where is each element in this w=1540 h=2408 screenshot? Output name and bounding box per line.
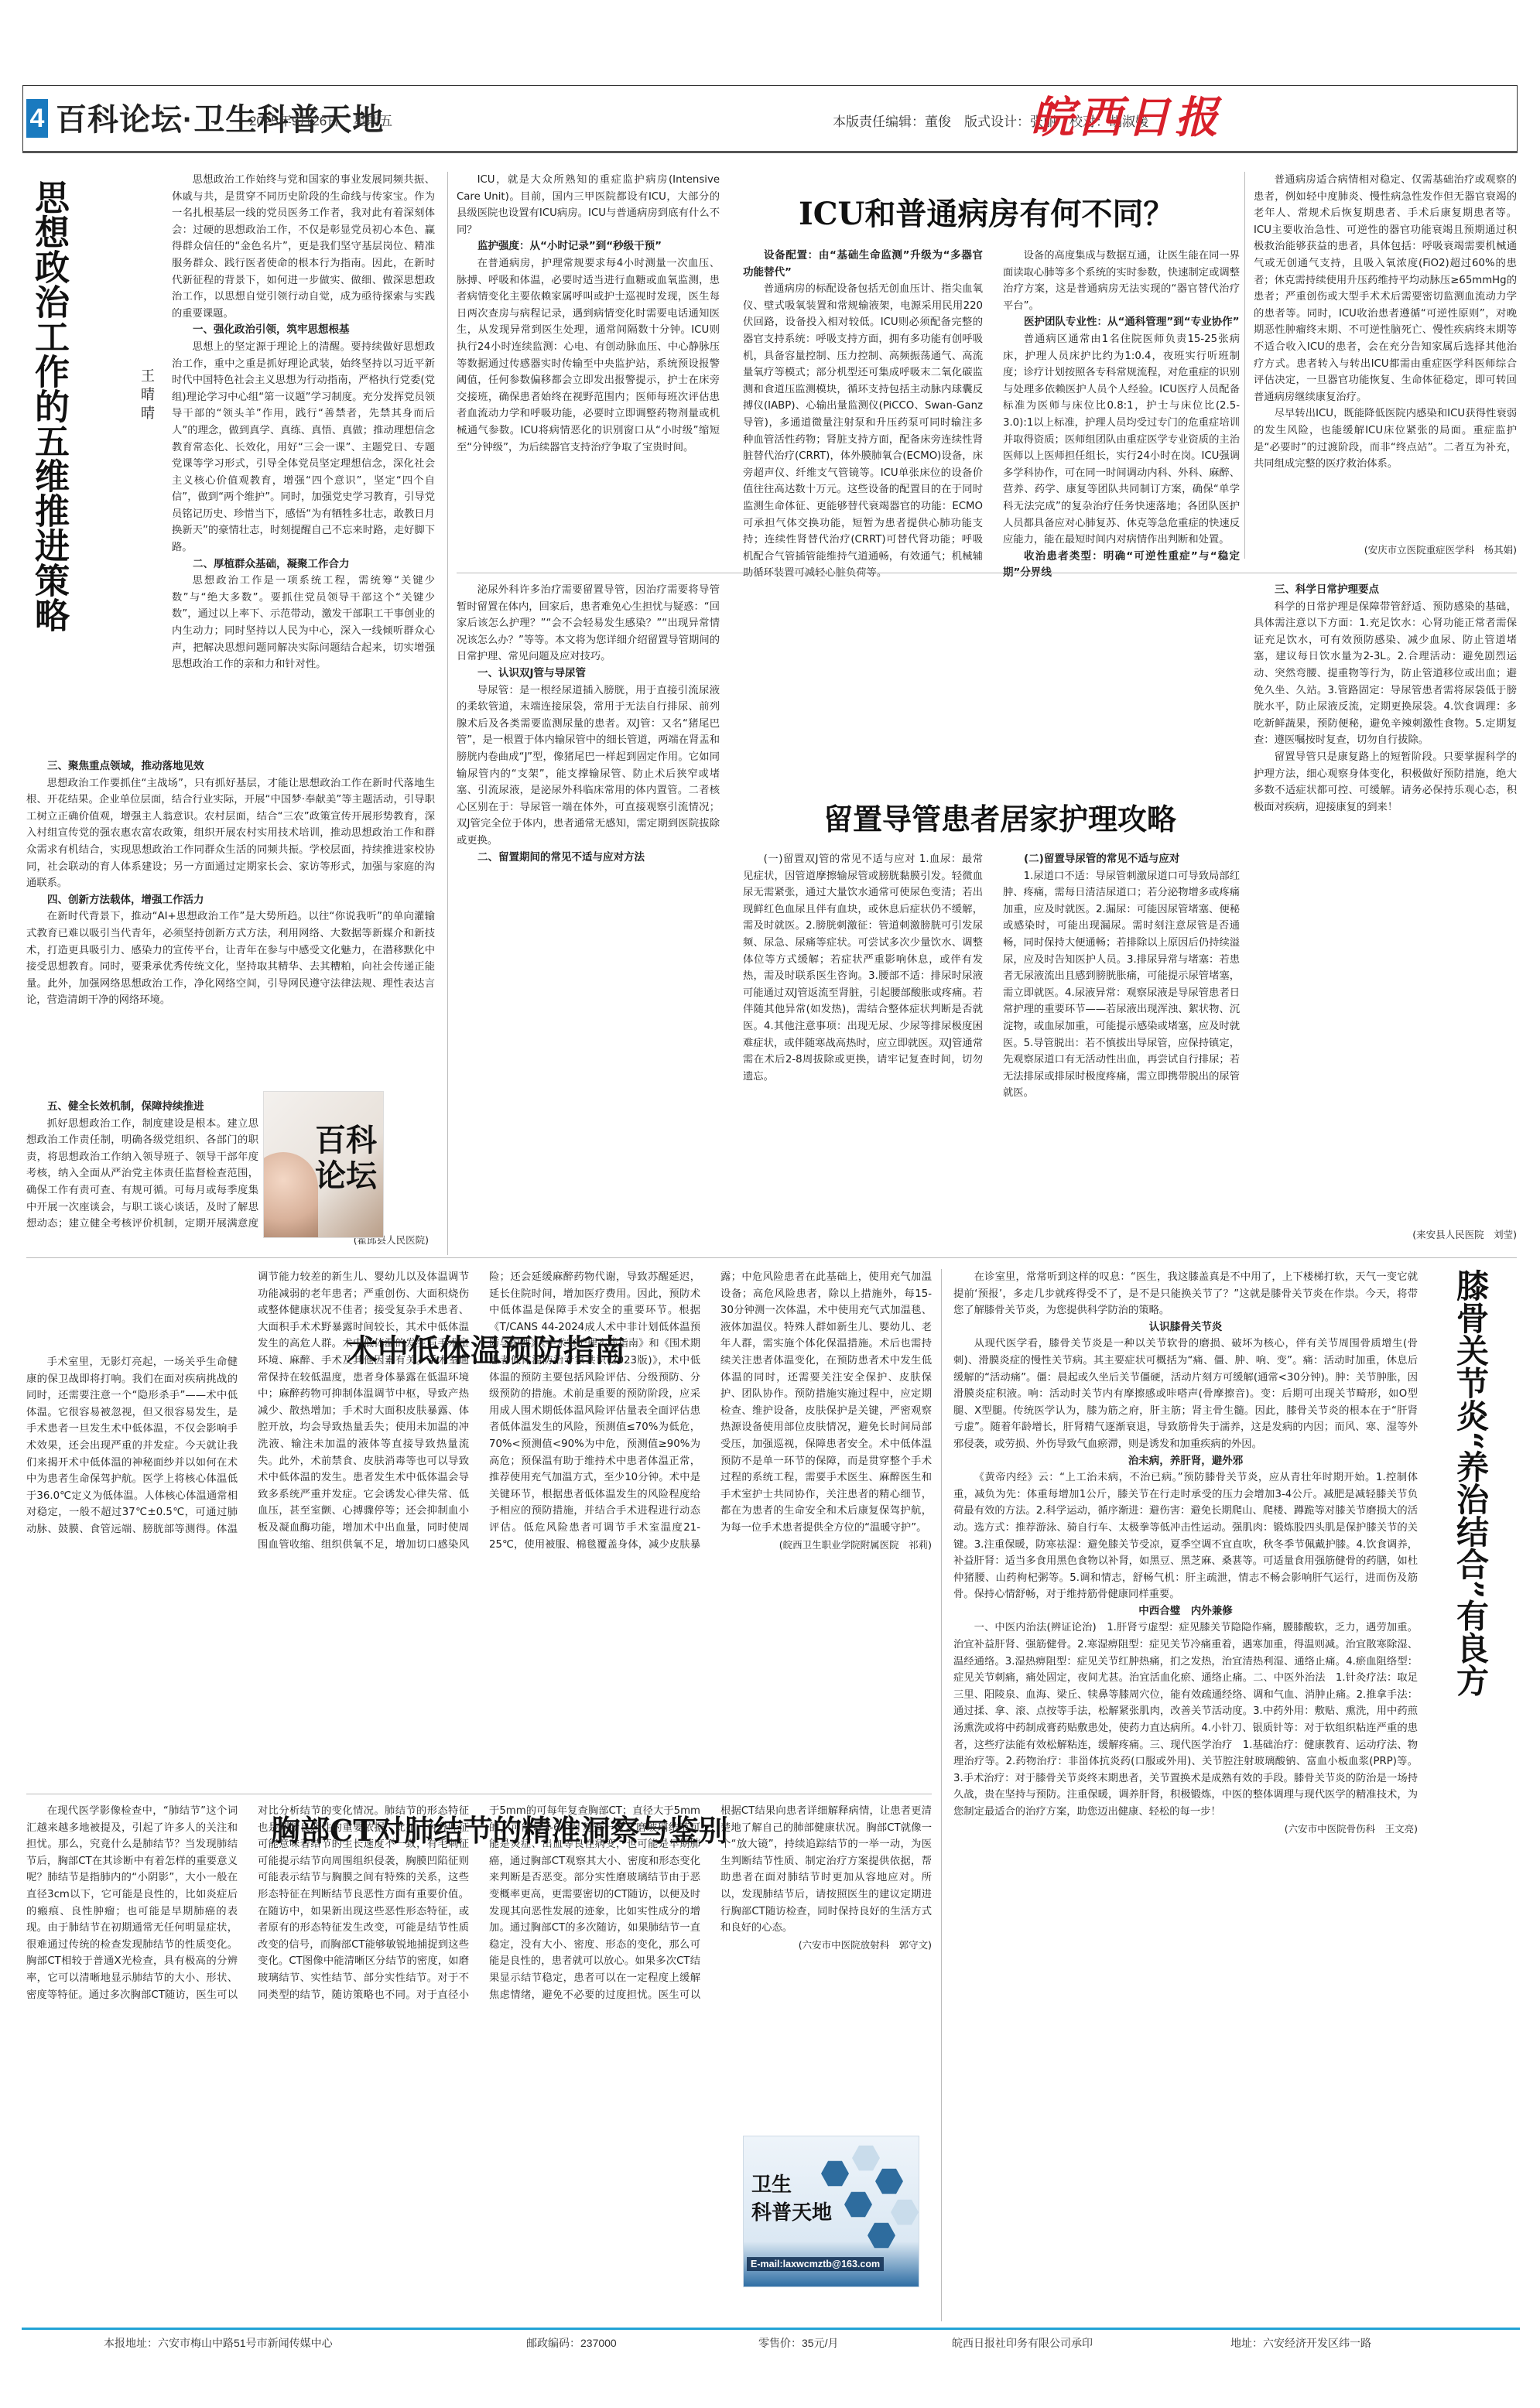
knee-section-text: 《黄帝内经》云：“上工治未病，不治已病。”预防膝骨关节炎，应从青壮年时期开始。1… <box>953 1469 1418 1603</box>
knee-section-heading: 中西合璧 内外兼修 <box>953 1603 1418 1620</box>
icu-byline: (安庆市立医院重症医学科 杨其娟) <box>1254 542 1517 559</box>
knee-section-heading: 治未病，养肝肾，避外邪 <box>953 1453 1418 1470</box>
politics-column-2: 三、聚焦重点领域，推动落地见效 思想政治工作要抓住“主战场”，只有抓好基层，才能… <box>26 758 435 1099</box>
section-divider <box>457 573 1517 573</box>
newspaper-logo: 皖西日报 <box>1031 87 1223 149</box>
health-corner-label-2: 科普天地 <box>751 2197 832 2225</box>
politics-author: 王晴晴 <box>136 368 156 424</box>
knee-section-text: 一、中医内治法(辨证论治) 1.肝肾亏虚型：症见膝关节隐隐作痛，腰膝酸软，乏力，… <box>953 1620 1418 1820</box>
catheter-section-heading: 三、科学日常护理要点 <box>1254 582 1517 599</box>
catheter-section-text: 1.尿道口不适：导尿管刺激尿道口可导致局部红肿、疼痛，需每日清洁尿道口；若分泌物… <box>1003 868 1240 1102</box>
column-divider <box>1244 172 1245 559</box>
knee-byline: (六安市中医院骨伤科 王文亮) <box>953 1821 1418 1838</box>
catheter-column-2: (一)留置双J管的常见不适与应对 1.血尿：最常见症状，因管道摩擦输尿管或膀胱黏… <box>743 851 983 1238</box>
knee-section-text: 从现代医学看，膝骨关节炎是一种以关节软骨的磨损、破坏为核心，伴有关节周围骨质增生… <box>953 1336 1418 1452</box>
icu-section-text: 在普通病房，护理常规要求每4小时测量一次血压、脉搏、呼吸和体温，必要时适当进行血… <box>457 255 720 456</box>
knee-headline: 膝骨关节炎“养治结合”有良方 <box>1449 1269 1492 1749</box>
contact-email[interactable]: E-mail:laxwcmztb@163.com <box>747 2257 884 2271</box>
catheter-section-heading: (二)留置导尿管的常见不适与应对 <box>1003 851 1240 868</box>
politics-headline: 思想政治工作的五维推进策略 <box>28 180 70 752</box>
issue-date: 2025年9月26日 星期五 <box>249 110 392 129</box>
catheter-section-text: (一)留置双J管的常见不适与应对 1.血尿：最常见症状，因管道摩擦输尿管或膀胱黏… <box>743 851 983 1085</box>
politics-section-text: 在新时代背景下，推动“AI+思想政治工作”是大势所趋。以往“你说我听”的单向灌输… <box>26 908 435 1009</box>
section-divider <box>26 1794 932 1794</box>
catheter-column-3: (二)留置导尿管的常见不适与应对 1.尿道口不适：导尿管刺激尿道口可导致局部红肿… <box>1003 851 1240 1238</box>
health-corner-label-1: 卫生 <box>751 2169 792 2198</box>
politics-lead: 思想政治工作始终与党和国家的事业发展同频共振、休戚与共，是贯穿不同历史阶段的生命… <box>172 172 435 322</box>
icu-lead: ICU，就是大众所熟知的重症监护病房(Intensive Care Unit)。… <box>457 172 720 238</box>
catheter-byline: (来安县人民医院 刘莹) <box>1254 1226 1517 1243</box>
footer-postcode: 邮政编码：237000 <box>526 2335 617 2351</box>
page-number-badge: 4 <box>26 99 48 138</box>
politics-column-3: 五、健全长效机制，保障持续推进 抓好思想政治工作，制度建设是根本。建立思想政治工… <box>26 1099 258 1230</box>
baike-forum-label: 百科 论坛 <box>315 1123 377 1194</box>
knee-body: 在诊室里，常常听到这样的叹息：“医生，我这膝盖真是不中用了，上下楼梯打软，天气一… <box>953 1269 1418 2321</box>
section-divider <box>26 1257 1517 1258</box>
footer-address: 本报地址：六安市梅山中路51号市新闻传媒中心 <box>104 2335 333 2351</box>
catheter-headline: 留置导管患者居家护理攻略 <box>823 795 1176 838</box>
catheter-closing: 留置导管只是康复路上的短暂阶段。只要掌握科学的护理方法，细心观察身体变化，积极做… <box>1254 749 1517 816</box>
icu-column-2: 设备配置：由“基础生命监测”升级为“多器官功能替代” 普通病房的标配设备包括无创… <box>743 248 983 689</box>
catheter-column-1: 泌尿外科许多治疗需要留置导管，因治疗需要将导管暂时留置在体内，回家后，患者难免心… <box>457 582 720 1232</box>
footer-rule <box>22 2328 1520 2330</box>
icu-section-text: 普通病房适合病情相对稳定、仅需基础治疗或观察的患者，例如轻中度肺炎、慢性病急性发… <box>1254 172 1517 405</box>
politics-section-text: 思想上的坚定源于理论上的清醒。要持续做好思想政治工作，重中之重是抓好理论武装，始… <box>172 339 435 556</box>
hypothermia-body: 手术室里，无影灯亮起，一场关乎生命健康的保卫战即将打响。我们在面对疾病挑战的同时… <box>26 1269 932 1780</box>
icu-section-heading: 监护强度：从“小时记录”到“秒级干预” <box>457 238 720 255</box>
knee-section-heading: 认识膝骨关节炎 <box>953 1319 1418 1336</box>
ct-text: 在现代医学影像检查中，“肺结节”这个词汇越来越多地被提及，引起了许多人的关注和担… <box>26 1803 932 2003</box>
footer-printer: 皖西日报社印务有限公司承印 <box>952 2335 1093 2351</box>
politics-section-heading: 一、强化政治引领，筑牢思想根基 <box>172 322 435 339</box>
politics-section-text: 思想政治工作要抓住“主战场”，只有抓好基层，才能让思想政治工作在新时代落地生根、… <box>26 775 435 892</box>
headline-spacer <box>26 1269 238 1354</box>
wheelchair-icon <box>868 2222 895 2249</box>
politics-section-heading: 二、厚植群众基础，凝聚工作合力 <box>172 556 435 573</box>
footer-print-address: 地址：六安经济开发区纬一路 <box>1230 2335 1371 2351</box>
icu-section-text: 设备的高度集成与数据互通，让医生能在同一界面读取心肺等多个系统的实时参数，快速制… <box>1003 248 1240 314</box>
icu-section-heading: 医护团队专业性：从“通科管理”到“专业协作” <box>1003 314 1240 331</box>
catheter-section-heading: 二、留置期间的常见不适与应对方法 <box>457 850 720 867</box>
hypothermia-byline: (皖西卫生职业学院附属医院 祁莉) <box>720 1537 932 1554</box>
catheter-section-text: 导尿管：是一根经尿道插入膀胱，用于直接引流尿液的柔软管道，末端连接尿袋，常用于无… <box>457 682 720 850</box>
baike-forum-inset-image: 百科 论坛 <box>263 1091 384 1238</box>
footer-price: 零售价：35元/月 <box>758 2335 838 2351</box>
icu-section-text: 普通病房的标配设备包括无创血压计、指尖血氧仪、壁式吸氧装置和常规输液架，电源采用… <box>743 281 983 582</box>
icu-headline: ICU和普通病房有何不同？ <box>799 190 1174 234</box>
icu-closing: 尽早转出ICU，既能降低医院内感染和ICU获得性衰弱的发生风险，也能缓解ICU床… <box>1254 405 1517 472</box>
politics-section-heading: 五、健全长效机制，保障持续推进 <box>26 1099 258 1116</box>
icu-byline-wrap: (安庆市立医院重症医学科 杨其娟) <box>1254 542 1517 560</box>
icu-section-text: 普通病区通常由1名住院医师负责15-25张病床，护理人员床护比约为1:0.4，夜… <box>1003 331 1240 549</box>
molecule-icon <box>844 2191 872 2218</box>
ct-byline: (六安市中医院放射科 郭守文) <box>720 1937 932 1954</box>
icu-column-3: 设备的高度集成与数据互通，让医生能在同一界面读取心肺等多个系统的实时参数，快速制… <box>1003 248 1240 689</box>
icu-section-heading: 设备配置：由“基础生命监测”升级为“多器官功能替代” <box>743 248 983 281</box>
clipboard-icon <box>891 2198 919 2226</box>
column-divider <box>941 1269 942 2321</box>
politics-section-text: 抓好思想政治工作，制度建设是根本。建立思想政治工作责任制，明确各级党组织、各部门… <box>26 1116 258 1230</box>
icu-column-1: ICU，就是大众所熟知的重症监护病房(Intensive Care Unit)。… <box>457 172 720 559</box>
catheter-intro: 泌尿外科许多治疗需要留置导管，因治疗需要将导管暂时留置在体内，回家后，患者难免心… <box>457 582 720 665</box>
medical-cross-icon <box>852 2144 880 2172</box>
catheter-section-heading: 一、认识双J管与导尿管 <box>457 665 720 682</box>
heart-icon <box>821 2160 849 2187</box>
icu-column-4: 普通病房适合病情相对稳定、仅需基础治疗或观察的患者，例如轻中度肺炎、慢性病急性发… <box>1254 172 1517 559</box>
catheter-column-4: 三、科学日常护理要点 科学的日常护理是保障带管舒适、预防感染的基础，具体需注意以… <box>1254 582 1517 1154</box>
doctor-icon <box>875 2167 903 2195</box>
health-corner-inset-image: 卫生 科普天地 E-mail:laxwcmztb@163.com <box>743 2136 919 2287</box>
politics-section-heading: 四、创新方法载体，增强工作活力 <box>26 892 435 909</box>
politics-section-text: 思想政治工作是一项系统工程，需统筹“关键少数”与“绝大多数”。要抓住党员领导干部… <box>172 573 435 673</box>
icu-section-heading: 收治患者类型：明确“可逆性重症”与“稳定期”分界线 <box>1003 549 1240 582</box>
politics-section-heading: 三、聚焦重点领域，推动落地见效 <box>26 758 435 775</box>
catheter-section-text: 科学的日常护理是保障带管舒适、预防感染的基础，具体需注意以下方面：1.充足饮水：… <box>1254 599 1517 749</box>
knee-intro: 在诊室里，常常听到这样的叹息：“医生，我这膝盖真是不中用了，上下楼梯打软，天气一… <box>953 1269 1418 1319</box>
person-photo <box>263 1152 318 1238</box>
column-divider <box>447 172 448 1255</box>
catheter-byline-wrap: (来安县人民医院 刘莹) <box>1254 1226 1517 1245</box>
